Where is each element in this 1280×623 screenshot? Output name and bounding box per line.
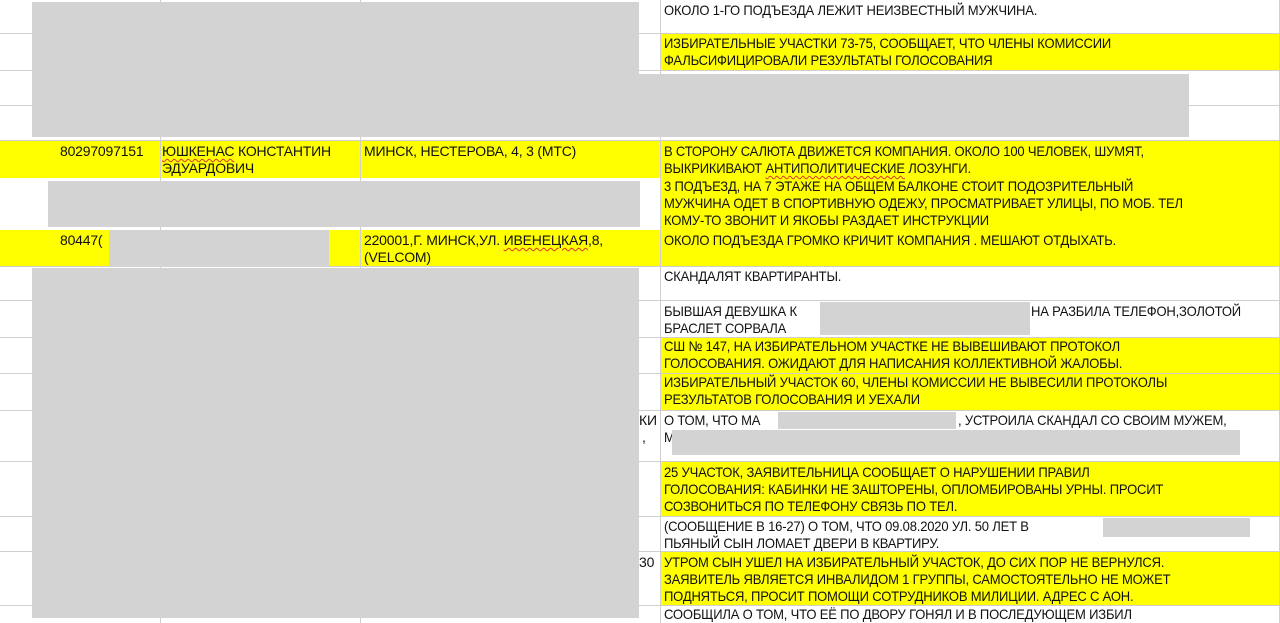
redaction-box <box>1103 518 1250 537</box>
description-cell[interactable]: УТРОМ СЫН УШЕЛ НА ИЗБИРАТЕЛЬНЫЙ УЧАСТОК,… <box>664 554 1164 571</box>
address-cell-tail[interactable]: 30 <box>639 554 654 571</box>
name-cell[interactable]: ЮШКЕНАС КОНСТАНТИН <box>162 143 331 160</box>
address-cell-tail[interactable]: КИ <box>639 412 657 429</box>
phone-cell[interactable]: 80447( <box>60 232 102 249</box>
description-cell-line2: ВЫКРИКИВАЮТ АНТИПОЛИТИЧЕСКИЕ ЛОЗУНГИ. <box>664 160 971 177</box>
description-cell[interactable]: ОКОЛО ПОДЪЕЗДА ГРОМКО КРИЧИТ КОМПАНИЯ . … <box>664 232 1116 249</box>
redaction-box <box>109 230 329 267</box>
address-cell-line2: (VELCOM) <box>364 249 431 266</box>
address-cell-tail-line2: , <box>642 429 646 446</box>
description-cell[interactable]: СООБЩИЛА О ТОМ, ЧТО ЕЁ ПО ДВОРУ ГОНЯЛ И … <box>664 606 1132 623</box>
description-cell-line2: РЕЗУЛЬТАТОВ ГОЛОСОВАНИЯ И УЕХАЛИ <box>664 391 920 408</box>
description-cell[interactable]: 3 ПОДЪЕЗД, НА 7 ЭТАЖЕ НА ОБЩЕМ БАЛКОНЕ С… <box>664 178 1133 195</box>
description-cell-line2: ГОЛОСОВАНИЯ: КАБИНКИ НЕ ЗАШТОРЕНЫ, ОПЛОМ… <box>664 481 1163 498</box>
description-cell-end: , УСТРОИЛА СКАНДАЛ СО СВОИМ МУЖЕМ, <box>958 412 1227 429</box>
misspelled-word: ЮШКЕНАС <box>162 143 234 159</box>
description-cell-line3: ПОДНЯТЬСЯ, ПРОСИТ ПОМОЩИ СОТРУДНИКОВ МИЛ… <box>664 588 1133 605</box>
redaction-box <box>672 430 1240 455</box>
description-cell-line2: МУЖЧИНА ОДЕТ В СПОРТИВНУЮ ОДЕЖУ, ПРОСМАТ… <box>664 195 1183 212</box>
misspelled-word: ИВЕНЕЦКАЯ <box>504 232 588 248</box>
description-cell[interactable]: СШ № 147, НА ИЗБИРАТЕЛЬНОМ УЧАСТКЕ НЕ ВЫ… <box>664 338 1120 355</box>
redaction-box <box>778 412 956 429</box>
address-cell[interactable]: 220001,Г. МИНСК,УЛ. ИВЕНЕЦКАЯ,8, <box>364 232 603 249</box>
description-cell-end: НА РАЗБИЛА ТЕЛЕФОН,ЗОЛОТОЙ <box>1031 303 1241 320</box>
description-cell-line2: БРАСЛЕТ СОРВАЛА <box>664 320 786 337</box>
description-cell-line2: ГОЛОСОВАНИЯ. ОЖИДАЮТ ДЛЯ НАПИСАНИЯ КОЛЛЕ… <box>664 355 1122 372</box>
description-cell[interactable]: ИЗБИРАТЕЛЬНЫЕ УЧАСТКИ 73-75, СООБЩАЕТ, Ч… <box>664 35 1111 52</box>
description-cell[interactable]: ИЗБИРАТЕЛЬНЫЙ УЧАСТОК 60, ЧЛЕНЫ КОМИССИИ… <box>664 374 1167 391</box>
spreadsheet-grid: ОКОЛО 1-ГО ПОДЪЕЗДА ЛЕЖИТ НЕИЗВЕСТНЫЙ МУ… <box>0 0 1280 623</box>
description-cell-line2: ЗАЯВИТЕЛЬ ЯВЛЯЕТСЯ ИНВАЛИДОМ 1 ГРУППЫ, С… <box>664 571 1170 588</box>
description-cell[interactable]: ФАЛЬСИФИЦИРОВАЛИ РЕЗУЛЬТАТЫ ГОЛОСОВАНИЯ <box>664 52 992 69</box>
description-cell-line2: ПЬЯНЫЙ СЫН ЛОМАЕТ ДВЕРИ В КВАРТИРУ. <box>664 535 939 552</box>
redaction-box <box>820 302 1030 335</box>
redaction-box <box>48 181 640 227</box>
description-cell-line3: СОЗВОНИТЬСЯ ПО ТЕЛЕФОНУ СВЯЗЬ ПО ТЕЛ. <box>664 498 957 515</box>
phone-cell[interactable]: 80297097151 <box>60 143 143 160</box>
description-cell[interactable]: ОКОЛО 1-ГО ПОДЪЕЗДА ЛЕЖИТ НЕИЗВЕСТНЫЙ МУ… <box>664 2 1037 19</box>
description-cell[interactable]: БЫВШАЯ ДЕВУШКА К <box>664 303 797 320</box>
description-cell[interactable]: (СООБЩЕНИЕ В 16-27) О ТОМ, ЧТО 09.08.202… <box>664 518 1029 535</box>
misspelled-word: АНТИПОЛИТИЧЕСКИЕ <box>765 160 904 176</box>
address-cell[interactable]: МИНСК, НЕСТЕРОВА, 4, 3 (МТС) <box>364 143 576 160</box>
description-cell[interactable]: В СТОРОНУ САЛЮТА ДВИЖЕТСЯ КОМПАНИЯ. ОКОЛ… <box>664 143 1144 160</box>
redaction-box <box>639 74 1189 137</box>
name-cell-line2: ЭДУАРДОВИЧ <box>162 160 254 177</box>
description-cell-line3: КОМУ-ТО ЗВОНИТ И ЯКОБЫ РАЗДАЕТ ИНСТРУКЦИ… <box>664 212 989 229</box>
description-cell[interactable]: О ТОМ, ЧТО МА <box>664 412 760 429</box>
redaction-box <box>32 268 639 618</box>
description-cell[interactable]: СКАНДАЛЯТ КВАРТИРАНТЫ. <box>664 268 841 285</box>
redaction-box <box>32 2 639 137</box>
description-cell[interactable]: 25 УЧАСТОК, ЗАЯВИТЕЛЬНИЦА СООБЩАЕТ О НАР… <box>664 464 1090 481</box>
